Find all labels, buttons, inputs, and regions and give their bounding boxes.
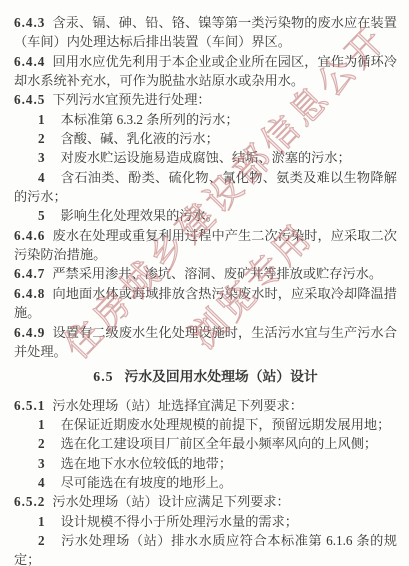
clause-paragraph: 6.4.4回用水应优先利用于本企业或企业所在园区，宜作为循环冷却水系统补充水，可… <box>14 52 397 91</box>
item-text: 对废水贮运设施易造成腐蚀、结垢、淤塞的污水； <box>61 150 351 165</box>
list-item: 5影响生化处理效果的污水。 <box>14 206 397 225</box>
clause-paragraph: 6.4.6废水在处理或重复利用过程中产生二次污染时，应采取二次污染防治措施。 <box>14 226 397 265</box>
item-text: 本标准第 6.3.2 条所列的污水； <box>61 112 239 127</box>
section-heading: 6.5污水及回用水处理场（站）设计 <box>14 367 397 386</box>
list-item: 3对废水贮运设施易造成腐蚀、结垢、淤塞的污水； <box>14 148 397 167</box>
clause-number: 6.5.1 <box>14 398 45 413</box>
item-text: 设计规模不得小于所处理污水量的需求； <box>61 514 298 529</box>
list-item: 2选在化工建设项目厂前区全年最小频率风向的上风侧； <box>14 434 397 453</box>
list-item: 2含酸、碱、乳化液的污水； <box>14 129 397 148</box>
item-number: 3 <box>38 150 45 165</box>
item-text: 选在化工建设项目厂前区全年最小频率风向的上风侧； <box>61 436 378 451</box>
document-content: 6.4.3含汞、镉、砷、铅、铬、镍等第一类污染物的废水应在装置（车间）内处理达标… <box>14 13 397 566</box>
document-page: 6.4.3含汞、镉、砷、铅、铬、镍等第一类污染物的废水应在装置（车间）内处理达标… <box>0 0 409 566</box>
clause-paragraph: 6.4.9设置有二级废水生化处理设施时，生活污水宜与生产污水合并处理。 <box>14 323 397 362</box>
item-number: 2 <box>38 533 45 548</box>
clause-number: 6.4.5 <box>14 92 45 107</box>
list-item: 4含石油类、酚类、硫化物、氰化物、氨类及难以生物降解的污水； <box>14 168 397 207</box>
list-item: 1本标准第 6.3.2 条所列的污水； <box>14 110 397 129</box>
item-text: 含石油类、酚类、硫化物、氰化物、氨类及难以生物降解的污水； <box>14 170 397 204</box>
clause-number: 6.4.6 <box>14 228 45 243</box>
clause-text: 设置有二级废水生化处理设施时，生活污水宜与生产污水合并处理。 <box>14 325 397 359</box>
item-text: 尽可能选在有坡度的地形上。 <box>61 475 232 490</box>
clause-text: 严禁采用渗井、渗坑、溶洞、废矿井等排放或贮存污水。 <box>52 266 382 281</box>
list-item: 1在保证近期废水处理规模的前提下，预留远期发展用地； <box>14 415 397 434</box>
clause-text: 下列污水宜预先进行处理： <box>52 92 210 107</box>
item-number: 1 <box>38 112 45 127</box>
item-text: 含酸、碱、乳化液的污水； <box>61 131 219 146</box>
section-title: 污水及回用水处理场（站）设计 <box>125 369 318 384</box>
list-item: 4尽可能选在有坡度的地形上。 <box>14 473 397 492</box>
clause-number: 6.5.2 <box>14 494 45 509</box>
section-number: 6.5 <box>93 369 113 384</box>
item-number: 4 <box>38 475 45 490</box>
list-item: 2污水处理场（站）排水水质应符合本标准第 6.1.6 条的规定； <box>14 531 397 566</box>
clause-paragraph: 6.5.1污水处理场（站）址选择宜满足下列要求： <box>14 396 397 415</box>
clause-paragraph: 6.4.7严禁采用渗井、渗坑、溶洞、废矿井等排放或贮存污水。 <box>14 264 397 283</box>
clause-paragraph: 6.4.5下列污水宜预先进行处理： <box>14 90 397 109</box>
clause-paragraph: 6.4.3含汞、镉、砷、铅、铬、镍等第一类污染物的废水应在装置（车间）内处理达标… <box>14 13 397 52</box>
clause-text: 污水处理场（站）址选择宜满足下列要求： <box>52 398 303 413</box>
item-number: 2 <box>38 436 45 451</box>
clause-text: 污水处理场（站）设计应满足下列要求： <box>52 494 289 509</box>
clause-paragraph: 6.4.8向地面水体或海域排放含热污染废水时，应采取冷却降温措施。 <box>14 284 397 323</box>
clause-text: 回用水应优先利用于本企业或企业所在园区，宜作为循环冷却水系统补充水，可作为脱盐水… <box>14 54 397 88</box>
item-number: 3 <box>38 456 45 471</box>
clause-number: 6.4.4 <box>14 54 45 69</box>
clause-text: 含汞、镉、砷、铅、铬、镍等第一类污染物的废水应在装置（车间）内处理达标后排出装置… <box>14 15 397 49</box>
list-item: 3选在地下水水位较低的地带； <box>14 454 397 473</box>
item-number: 2 <box>38 131 45 146</box>
item-number: 5 <box>38 208 45 223</box>
clause-number: 6.4.8 <box>14 286 45 301</box>
clause-text: 废水在处理或重复利用过程中产生二次污染时，应采取二次污染防治措施。 <box>14 228 397 262</box>
clause-number: 6.4.7 <box>14 266 45 281</box>
item-text: 污水处理场（站）排水水质应符合本标准第 6.1.6 条的规定； <box>14 533 397 566</box>
clause-text: 向地面水体或海域排放含热污染废水时，应采取冷却降温措施。 <box>14 286 397 320</box>
item-number: 1 <box>38 514 45 529</box>
item-number: 4 <box>38 170 45 185</box>
item-text: 影响生化处理效果的污水。 <box>61 208 219 223</box>
clause-number: 6.4.3 <box>14 15 45 30</box>
clause-number: 6.4.9 <box>14 325 45 340</box>
item-text: 在保证近期废水处理规模的前提下，预留远期发展用地； <box>61 417 391 432</box>
list-item: 1设计规模不得小于所处理污水量的需求； <box>14 512 397 531</box>
item-text: 选在地下水水位较低的地带； <box>61 456 232 471</box>
item-number: 1 <box>38 417 45 432</box>
clause-paragraph: 6.5.2污水处理场（站）设计应满足下列要求： <box>14 492 397 511</box>
